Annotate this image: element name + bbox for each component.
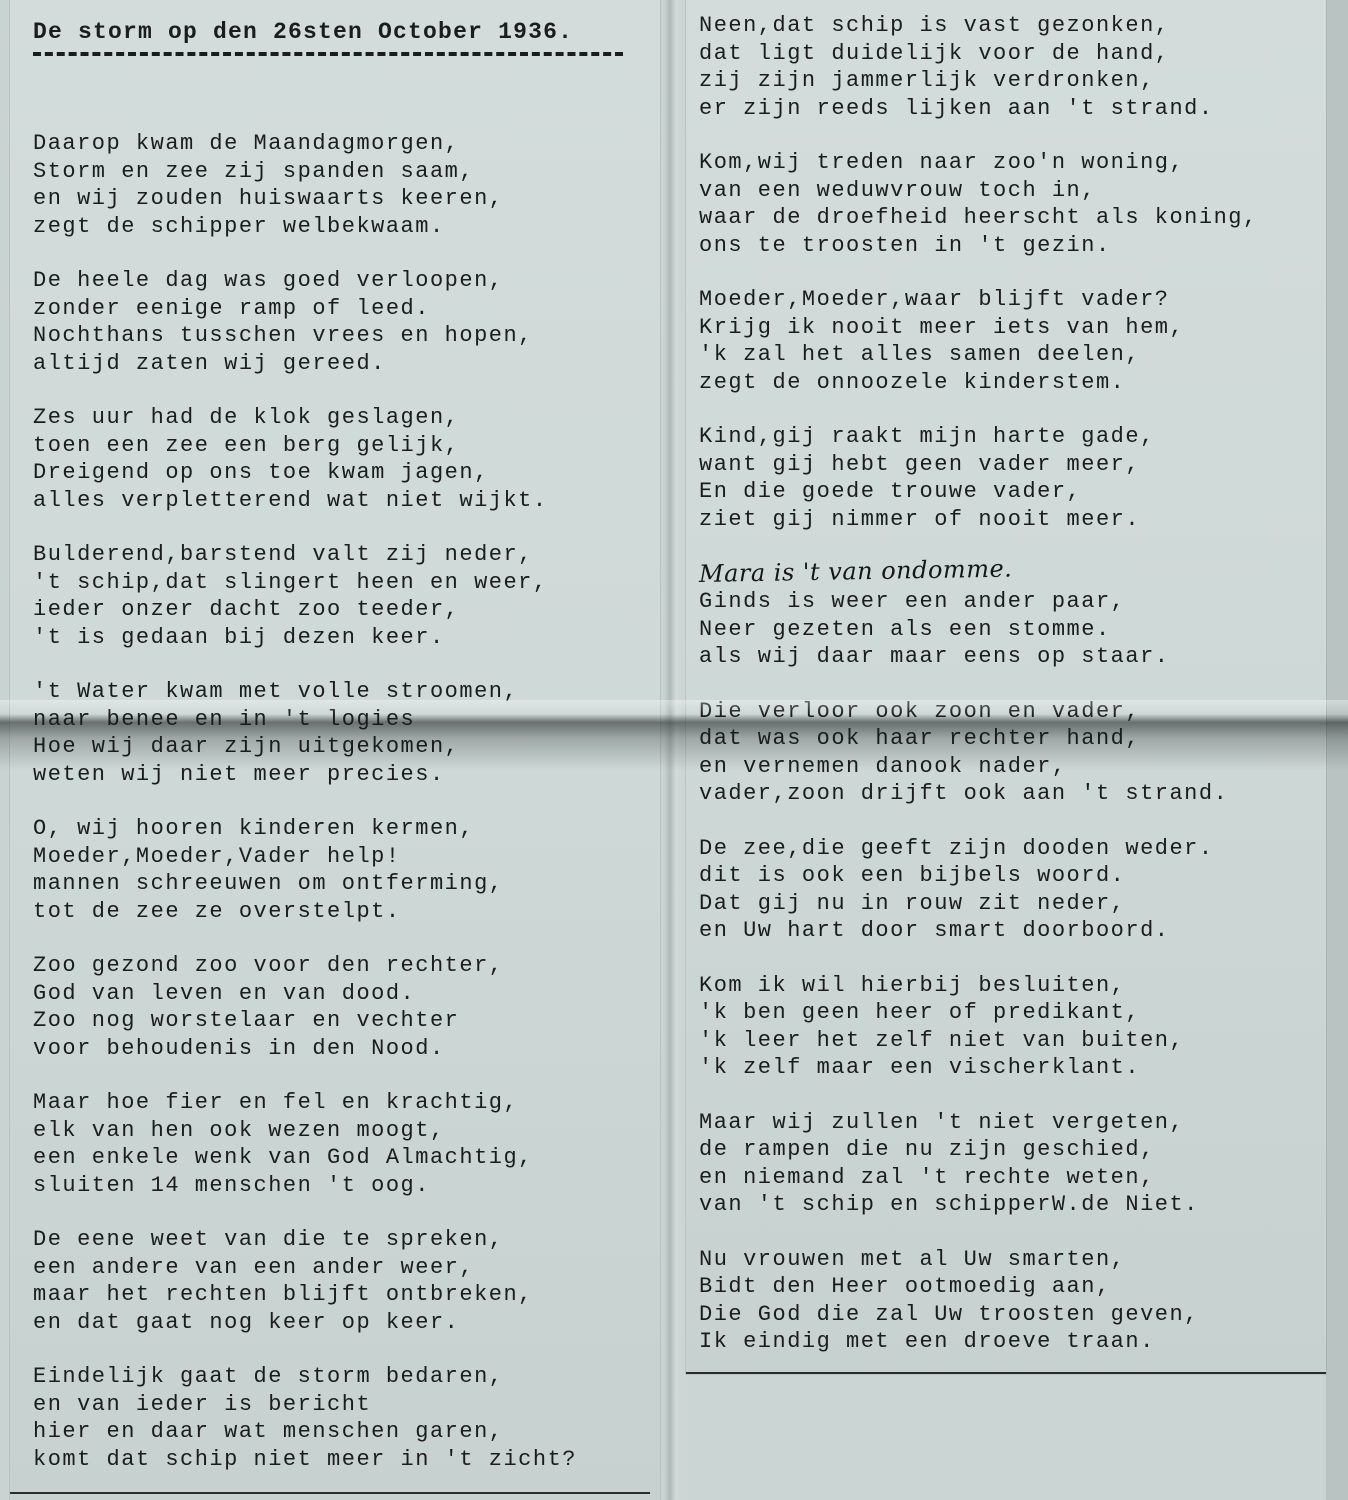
verse-line: Neen,dat schip is vast gezonken, (699, 12, 1319, 40)
verse-line: als wij daar maar eens op staar. (699, 643, 1319, 671)
verse-line: Die God die zal Uw troosten geven, (699, 1301, 1319, 1329)
verse-line: En die goede trouwe vader, (699, 478, 1319, 506)
stanza: Kind,gij raakt mijn harte gade,want gij … (699, 423, 1319, 533)
right-column: Neen,dat schip is vast gezonken,dat ligt… (699, 12, 1319, 1383)
verse-line: 't is gedaan bij dezen keer. (33, 624, 653, 652)
verse-line: en van ieder is bericht (33, 1391, 653, 1419)
verse-line: tot de zee ze overstelpt. (33, 898, 653, 926)
verse-line: Die verloor ook zoon en vader, (699, 698, 1319, 726)
left-stanzas: Daarop kwam de Maandagmorgen,Storm en ze… (33, 130, 653, 1473)
verse-line: en dat gaat nog keer op keer. (33, 1309, 653, 1337)
verse-line: Moeder,Moeder,waar blijft vader? (699, 286, 1319, 314)
verse-line: Kom,wij treden naar zoo'n woning, (699, 149, 1319, 177)
verse-line: Moeder,Moeder,Vader help! (33, 843, 653, 871)
verse-line: Ik eindig met een droeve traan. (699, 1328, 1319, 1356)
verse-line: God van leven en van dood. (33, 980, 653, 1008)
verse-line: Nu vrouwen met al Uw smarten, (699, 1246, 1319, 1274)
verse-line: Bidt den Heer ootmoedig aan, (699, 1273, 1319, 1301)
verse-line: Kind,gij raakt mijn harte gade, (699, 423, 1319, 451)
verse-line: Zoo gezond zoo voor den rechter, (33, 952, 653, 980)
stanza: 't Water kwam met volle stroomen,naar be… (33, 678, 653, 788)
verse-line: 'k leer het zelf niet van buiten, (699, 1027, 1319, 1055)
verse-line: De eene weet van die te spreken, (33, 1226, 653, 1254)
verse-line: zonder eenige ramp of leed. (33, 295, 653, 323)
verse-line: de rampen die nu zijn geschied, (699, 1136, 1319, 1164)
verse-line: maar het rechten blijft ontbreken, (33, 1281, 653, 1309)
verse-line: dat ligt duidelijk voor de hand, (699, 40, 1319, 68)
stanza: De eene weet van die te spreken,een ande… (33, 1226, 653, 1336)
stanza: De zee,die geeft zijn dooden weder.dit i… (699, 835, 1319, 945)
verse-line: dat was ook haar rechter hand, (699, 725, 1319, 753)
stanza: Mara is 't van ondomme.Ginds is weer een… (699, 560, 1319, 671)
stanza: Die verloor ook zoon en vader,dat was oo… (699, 698, 1319, 808)
verse-line: De heele dag was goed verloopen, (33, 267, 653, 295)
verse-line: altijd zaten wij gereed. (33, 350, 653, 378)
stanza: Maar hoe fier en fel en krachtig,elk van… (33, 1089, 653, 1199)
verse-line: Storm en zee zij spanden saam, (33, 158, 653, 186)
verse-line: er zijn reeds lijken aan 't strand. (699, 95, 1319, 123)
verse-line: dit is ook een bijbels woord. (699, 862, 1319, 890)
paper-edge (1326, 0, 1348, 1500)
stanza: Zes uur had de klok geslagen,toen een ze… (33, 404, 653, 514)
verse-line: ziet gij nimmer of nooit meer. (699, 506, 1319, 534)
verse-line: vader,zoon drijft ook aan 't strand. (699, 780, 1319, 808)
vertical-fold (664, 0, 682, 1500)
verse-line: Eindelijk gaat de storm bedaren, (33, 1363, 653, 1391)
verse-line: zegt de schipper welbekwaam. (33, 213, 653, 241)
stanza: Moeder,Moeder,waar blijft vader?Krijg ik… (699, 286, 1319, 396)
verse-line: hier en daar wat menschen garen, (33, 1418, 653, 1446)
verse-line: ons te troosten in 't gezin. (699, 232, 1319, 260)
verse-line: elk van hen ook wezen moogt, (33, 1117, 653, 1145)
verse-line: ieder onzer dacht zoo teeder, (33, 596, 653, 624)
verse-line: Zes uur had de klok geslagen, (33, 404, 653, 432)
verse-line: toen een zee een berg gelijk, (33, 432, 653, 460)
verse-line: Zoo nog worstelaar en vechter (33, 1007, 653, 1035)
verse-line: 'k zal het alles samen deelen, (699, 341, 1319, 369)
verse-line: Kom ik wil hierbij besluiten, (699, 972, 1319, 1000)
verse-line: Maar hoe fier en fel en krachtig, (33, 1089, 653, 1117)
verse-line: mannen schreeuwen om ontferming, (33, 870, 653, 898)
verse-line: want gij hebt geen vader meer, (699, 451, 1319, 479)
verse-line: van een weduwvrouw toch in, (699, 177, 1319, 205)
verse-line: en wij zouden huiswaarts keeren, (33, 185, 653, 213)
verse-line: Ginds is weer een ander paar, (699, 588, 1319, 616)
verse-line: en Uw hart door smart doorboord. (699, 917, 1319, 945)
verse-line: 'k zelf maar een vischerklant. (699, 1054, 1319, 1082)
verse-line: Daarop kwam de Maandagmorgen, (33, 130, 653, 158)
stanza: Kom ik wil hierbij besluiten,'k ben geen… (699, 972, 1319, 1082)
verse-line: voor behoudenis in den Nood. (33, 1035, 653, 1063)
verse-line: naar benee en in 't logies (33, 706, 653, 734)
stanza: De heele dag was goed verloopen,zonder e… (33, 267, 653, 377)
poem-title: De storm op den 26sten October 1936. (33, 16, 653, 48)
verse-line: O, wij hooren kinderen kermen, (33, 815, 653, 843)
verse-line: Dreigend op ons toe kwam jagen, (33, 459, 653, 487)
verse-line: komt dat schip niet meer in 't zicht? (33, 1446, 653, 1474)
stanza: Bulderend,barstend valt zij neder,'t sch… (33, 541, 653, 651)
stanza: Zoo gezond zoo voor den rechter,God van … (33, 952, 653, 1062)
stanza: Nu vrouwen met al Uw smarten,Bidt den He… (699, 1246, 1319, 1356)
verse-line: een andere van een ander weer, (33, 1254, 653, 1282)
stanza: Daarop kwam de Maandagmorgen,Storm en ze… (33, 130, 653, 240)
verse-line: Nochthans tusschen vrees en hopen, (33, 322, 653, 350)
verse-line: 'k ben geen heer of predikant, (699, 999, 1319, 1027)
verse-line: een enkele wenk van God Almachtig, (33, 1144, 653, 1172)
verse-line: zij zijn jammerlijk verdronken, (699, 67, 1319, 95)
verse-line: Krijg ik nooit meer iets van hem, (699, 314, 1319, 342)
stanza: Kom,wij treden naar zoo'n woning,van een… (699, 149, 1319, 259)
verse-line: alles verpletterend wat niet wijkt. (33, 487, 653, 515)
left-column: De storm op den 26sten October 1936. Daa… (33, 16, 653, 1500)
verse-line: De zee,die geeft zijn dooden weder. (699, 835, 1319, 863)
verse-line: van 't schip en schipperW.de Niet. (699, 1191, 1319, 1219)
verse-line: weten wij niet meer precies. (33, 761, 653, 789)
verse-line: en vernemen danook nader, (699, 753, 1319, 781)
right-stanzas: Neen,dat schip is vast gezonken,dat ligt… (699, 12, 1319, 1356)
verse-line: Dat gij nu in rouw zit neder, (699, 890, 1319, 918)
stanza: Eindelijk gaat de storm bedaren,en van i… (33, 1363, 653, 1473)
stanza: Neen,dat schip is vast gezonken,dat ligt… (699, 12, 1319, 122)
verse-line: zegt de onnoozele kinderstem. (699, 369, 1319, 397)
verse-line: Hoe wij daar zijn uitgekomen, (33, 733, 653, 761)
verse-line: 't Water kwam met volle stroomen, (33, 678, 653, 706)
verse-line: Neer gezeten als een stomme. (699, 616, 1319, 644)
stanza: Maar wij zullen 't niet vergeten,de ramp… (699, 1109, 1319, 1219)
verse-line: Bulderend,barstend valt zij neder, (33, 541, 653, 569)
verse-line: waar de droefheid heerscht als koning, (699, 204, 1319, 232)
verse-line: en niemand zal 't rechte weten, (699, 1164, 1319, 1192)
handwritten-annotation: Mara is 't van ondomme. (699, 549, 1319, 588)
stanza: O, wij hooren kinderen kermen,Moeder,Moe… (33, 815, 653, 925)
verse-line: Maar wij zullen 't niet vergeten, (699, 1109, 1319, 1137)
verse-line: 't schip,dat slingert heen en weer, (33, 569, 653, 597)
verse-line: sluiten 14 menschen 't oog. (33, 1172, 653, 1200)
